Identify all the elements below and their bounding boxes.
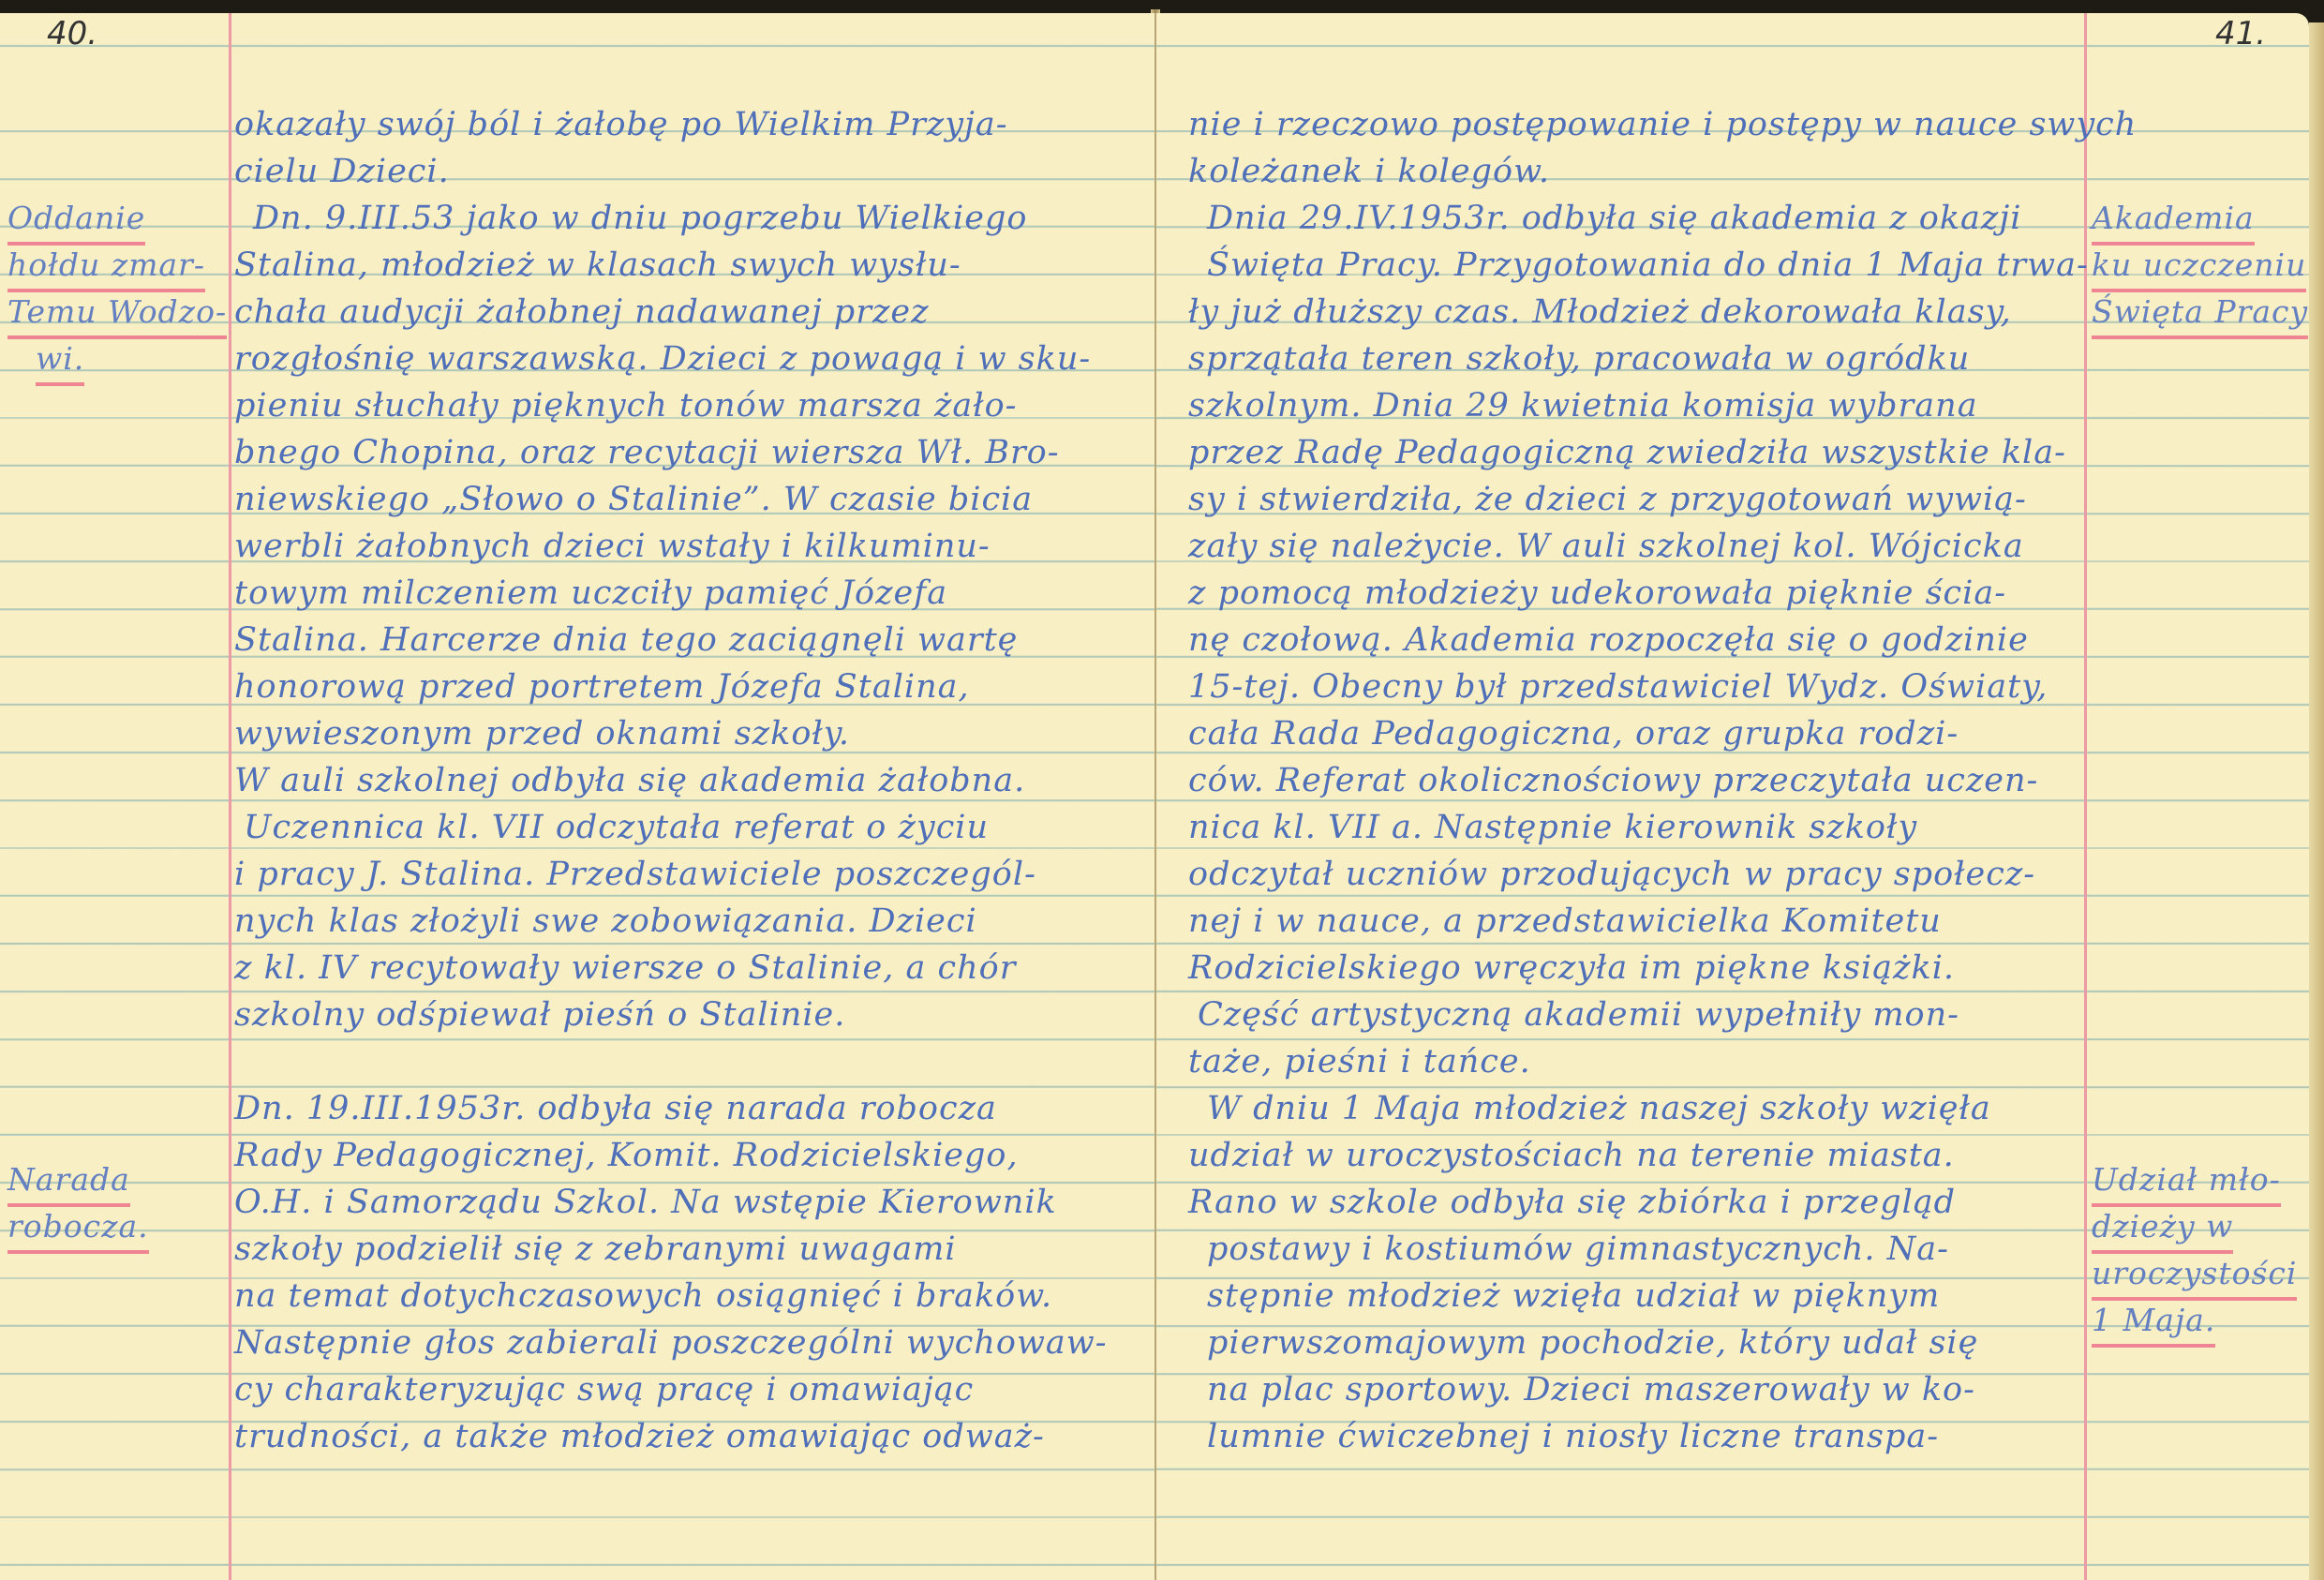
text-line: werbli żałobnych dzieci wstały i kilkumi…	[234, 525, 1134, 572]
text-line: Rady Pedagogicznej, Komit. Rodzicielskie…	[234, 1134, 1134, 1181]
text-line: ców. Referat okolicznościowy przeczytała…	[1188, 759, 2078, 806]
text-line: ły już dłuższy czas. Młodzież dekorowała…	[1188, 291, 2078, 337]
margin-note-line: Akademia	[2092, 197, 2255, 246]
text-line: chała audycji żałobnej nadawanej przez	[234, 291, 1134, 337]
margin-note-line: Oddanie	[7, 197, 145, 246]
text-line: Rodzicielskiego wręczyła im piękne książ…	[1188, 947, 2078, 993]
right-page: 41. Akademia ku uczczeniu Święta Pracy U…	[1156, 13, 2309, 1580]
text-line: Uczennica kl. VII odczytała referat o ży…	[234, 806, 1134, 853]
text-line: sprzątała teren szkoły, pracowała w ogró…	[1188, 337, 2078, 384]
text-line: W auli szkolnej odbyła się akademia żało…	[234, 759, 1134, 806]
text-line: na plac sportowy. Dzieci maszerowały w k…	[1188, 1368, 2078, 1415]
margin-note-line: Narada	[7, 1158, 130, 1207]
text-line: Stalina. Harcerze dnia tego zaciągnęli w…	[234, 619, 1134, 665]
text-line: Dn. 19.III.1953r. odbyła się narada robo…	[234, 1087, 1134, 1134]
text-line: rozgłośnię warszawską. Dzieci z powagą i…	[234, 337, 1134, 384]
text-line: pieniu słuchały pięknych tonów marsza ża…	[234, 384, 1134, 431]
margin-note-line: uroczystości	[2092, 1252, 2297, 1301]
text-line: sy i stwierdziła, że dzieci z przygotowa…	[1188, 478, 2078, 525]
margin-note-line: robocza.	[7, 1205, 149, 1254]
text-line: szkolnym. Dnia 29 kwietnia komisja wybra…	[1188, 384, 2078, 431]
text-line: cy charakteryzując swą pracę i omawiając	[234, 1368, 1134, 1415]
text-line: towym milczeniem uczciły pamięć Józefa	[234, 572, 1134, 619]
text-line: na temat dotychczasowych osiągnięć i bra…	[234, 1274, 1134, 1321]
text-line: i pracy J. Stalina. Przedstawiciele posz…	[234, 853, 1134, 900]
margin-note-narada-robocza: Narada robocza.	[7, 1158, 223, 1252]
text-line: nie i rzeczowo postępowanie i postępy w …	[1188, 103, 2078, 150]
margin-note-line: Święta Pracy	[2092, 291, 2308, 339]
text-line	[234, 1040, 1134, 1087]
margin-note-line: wi.	[36, 337, 84, 386]
text-line: taże, pieśni i tańce.	[1188, 1040, 2078, 1087]
text-line: koleżanek i kolegów.	[1188, 150, 2078, 197]
text-line: Rano w szkole odbyła się zbiórka i przeg…	[1188, 1181, 2078, 1228]
margin-note-udzial-mlodziezy: Udział mło- dzieży w uroczystości 1 Maja…	[2092, 1158, 2307, 1346]
text-line: W dniu 1 Maja młodzież naszej szkoły wzi…	[1188, 1087, 2078, 1134]
text-line: O.H. i Samorządu Szkol. Na wstępie Kiero…	[234, 1181, 1134, 1228]
text-line: pierwszomajowym pochodzie, który udał si…	[1188, 1321, 2078, 1368]
margin-line	[229, 13, 231, 1580]
text-line: Święta Pracy. Przygotowania do dnia 1 Ma…	[1188, 244, 2078, 291]
text-line: odczytał uczniów przodujących w pracy sp…	[1188, 853, 2078, 900]
margin-note-oddanie-holdu: Oddanie hołdu zmar- Temu Wodzo- wi.	[7, 197, 223, 384]
left-page: 40. Oddanie hołdu zmar- Temu Wodzo- wi. …	[0, 13, 1156, 1580]
text-line: bnego Chopina, oraz recytacji wiersza Wł…	[234, 431, 1134, 478]
text-line: 15-tej. Obecny był przedstawiciel Wydz. …	[1188, 665, 2078, 712]
text-line: przez Radę Pedagogiczną zwiedziła wszyst…	[1188, 431, 2078, 478]
text-line: z kl. IV recytowały wiersze o Stalinie, …	[234, 947, 1134, 993]
text-line: wywieszonym przed oknami szkoły.	[234, 712, 1134, 759]
margin-note-line: hołdu zmar-	[7, 244, 205, 292]
text-line: Następnie głos zabierali poszczególni wy…	[234, 1321, 1134, 1368]
page-edge	[2309, 22, 2324, 1580]
text-line: nę czołową. Akademia rozpoczęła się o go…	[1188, 619, 2078, 665]
text-line: stępnie młodzież wzięła udział w pięknym	[1188, 1274, 2078, 1321]
text-line: Dn. 9.III.53 jako w dniu pogrzebu Wielki…	[234, 197, 1134, 244]
text-line: okazały swój ból i żałobę po Wielkim Prz…	[234, 103, 1134, 150]
text-line: Stalina, młodzież w klasach swych wysłu-	[234, 244, 1134, 291]
left-page-body: okazały swój ból i żałobę po Wielkim Prz…	[234, 103, 1134, 1462]
text-line: nych klas złożyli swe zobowiązania. Dzie…	[234, 900, 1134, 947]
margin-note-line: Temu Wodzo-	[7, 291, 227, 339]
text-line: lumnie ćwiczebnej i niosły liczne transp…	[1188, 1415, 2078, 1462]
margin-note-line: 1 Maja.	[2092, 1299, 2215, 1348]
text-line: z pomocą młodzieży udekorowała pięknie ś…	[1188, 572, 2078, 619]
margin-note-akademia: Akademia ku uczczeniu Święta Pracy	[2092, 197, 2307, 337]
text-line: postawy i kostiumów gimnastycznych. Na-	[1188, 1228, 2078, 1274]
margin-note-line: ku uczczeniu	[2092, 244, 2306, 292]
text-line: nica kl. VII a. Następnie kierownik szko…	[1188, 806, 2078, 853]
margin-note-line: dzieży w	[2092, 1205, 2233, 1254]
text-line: niewskiego „Słowo o Stalinie”. W czasie …	[234, 478, 1134, 525]
text-line: nej i w nauce, a przedstawicielka Komite…	[1188, 900, 2078, 947]
text-line: trudności, a także młodzież omawiając od…	[234, 1415, 1134, 1462]
text-line: honorową przed portretem Józefa Stalina,	[234, 665, 1134, 712]
text-line: szkoły podzielił się z zebranymi uwagami	[234, 1228, 1134, 1274]
margin-note-line: Udział mło-	[2092, 1158, 2281, 1207]
text-line: cała Rada Pedagogiczna, oraz grupka rodz…	[1188, 712, 2078, 759]
text-line: Część artystyczną akademii wypełniły mon…	[1188, 993, 2078, 1040]
right-page-body: nie i rzeczowo postępowanie i postępy w …	[1188, 103, 2078, 1462]
page-number: 40.	[47, 15, 97, 52]
text-line: zały się należycie. W auli szkolnej kol.…	[1188, 525, 2078, 572]
text-line: Dnia 29.IV.1953r. odbyła się akademia z …	[1188, 197, 2078, 244]
text-line: udział w uroczystościach na terenie mias…	[1188, 1134, 2078, 1181]
text-line: cielu Dzieci.	[234, 150, 1134, 197]
text-line: szkolny odśpiewał pieśń o Stalinie.	[234, 993, 1134, 1040]
page-number: 41.	[2215, 15, 2266, 52]
